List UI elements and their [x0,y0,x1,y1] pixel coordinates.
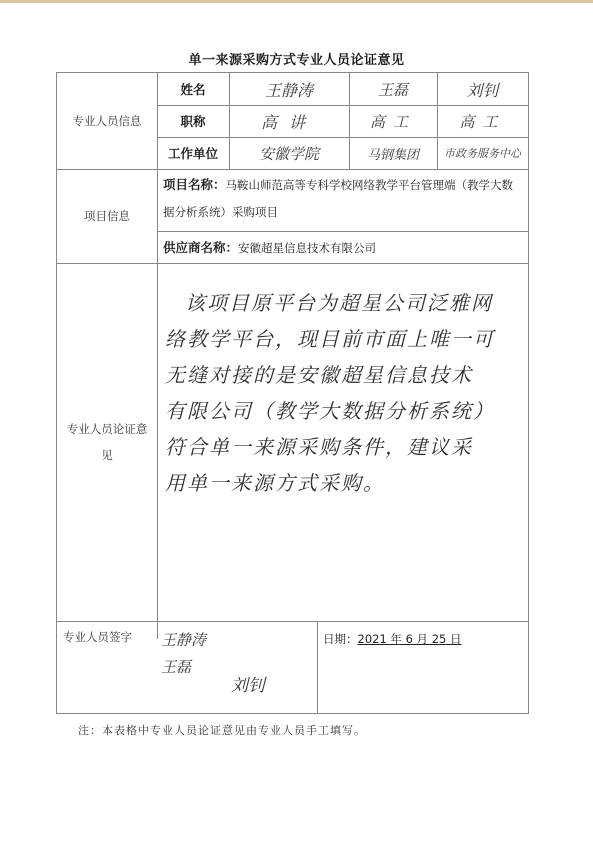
opinion-label: 专业人员论证意见 [57,263,157,621]
procurement-form-table: 专业人员信息 姓名 王静涛 王磊 刘钊 职称 高讲 高工 高工 工作单位 安徽学… [56,72,529,714]
personnel-info-label: 专业人员信息 [57,73,157,169]
signature-3: 刘钊 [231,671,311,696]
supplier-label: 供应商名称： [163,240,238,255]
supplier-value: 安徽超星信息技术有限公司 [238,241,376,255]
workplace-value-3: 市政务服务中心 [437,137,528,169]
title-value-1: 高讲 [229,105,349,137]
col-divider-date [317,621,318,713]
opinion-line: 无缝对接的是安徽超星信息技术 [165,357,525,393]
date-value: 2021 年 6 月 25 日 [358,632,462,646]
title-value-3: 高工 [437,105,528,137]
supplier-field: 供应商名称：安徽超星信息技术有限公司 [163,234,523,263]
opinion-line: 有限公司（教学大数据分析系统） [165,393,525,429]
workplace-value-2: 马钢集团 [349,137,437,169]
row-divider [157,231,528,232]
name-value-1: 王静涛 [229,73,349,105]
page-top-band [0,0,593,3]
opinion-line: 络教学平台，现目前市面上唯一可 [165,321,525,357]
name-value-3: 刘钊 [437,73,528,105]
signature-label: 专业人员签字 [63,629,157,649]
project-info-label: 项目信息 [57,169,157,263]
project-name-label: 项目名称： [163,177,226,192]
opinion-line: 符合单一来源采购条件，建议采 [165,429,525,465]
footer-note: 注：本表格中专业人员论证意见由专业人员手工填写。 [78,722,366,738]
project-name-field: 项目名称：马鞍山师范高等专科学校网络教学平台管理端（教学大数据分析系统）采购项目 [163,171,523,231]
title-value-2: 高工 [349,105,437,137]
signature-1: 王静涛 [161,629,311,650]
document-title: 单一来源采购方式专业人员论证意见 [0,49,593,68]
name-value-2: 王磊 [349,73,437,105]
workplace-value-1: 安徽学院 [229,137,349,169]
date-label: 日期： [323,632,358,646]
opinion-line: 该项目原平台为超星公司泛雅网 [165,285,525,321]
row-divider [57,621,528,622]
signature-area: 王静涛 王磊 刘钊 [161,629,311,709]
opinion-line: 用单一来源方式采购。 [165,465,525,501]
opinion-handwritten-text: 该项目原平台为超星公司泛雅网 络教学平台，现目前市面上唯一可 无缝对接的是安徽超… [165,285,525,615]
workplace-label: 工作单位 [157,137,229,169]
title-label: 职称 [157,105,229,137]
name-label: 姓名 [157,73,229,105]
date-field: 日期：2021 年 6 月 25 日 [323,631,523,651]
